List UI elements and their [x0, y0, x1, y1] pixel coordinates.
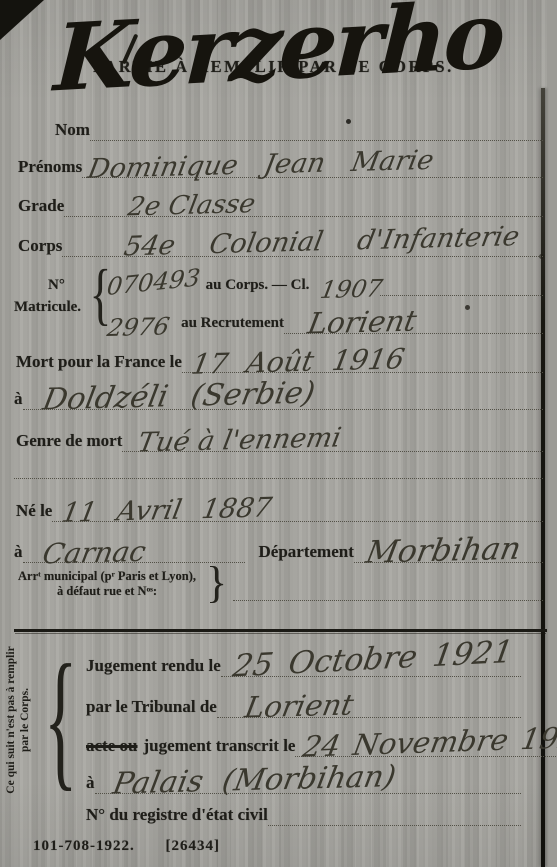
ne-le-value: 11 Avril 1887	[52, 498, 273, 524]
scanned-death-record-card: PARTIE À REMPLIR PAR LE CORPS. Kerzerho …	[0, 0, 557, 867]
transcrit-lieu-line: Palais (Morbihan)	[95, 759, 522, 794]
acte-ou-struck-label: acte ou	[86, 737, 137, 757]
arr-municipal-label-line1: Arrᵗ municipal (pʳ Paris et Lyon),	[18, 569, 196, 584]
jugement-date-value: 25 Octobre 1921	[221, 641, 514, 679]
genre-de-mort-label: Genre de mort	[16, 432, 122, 452]
tribunal-line: Lorient	[217, 683, 521, 718]
ne-a-label: à	[14, 543, 23, 563]
transcrit-line: 24 Novembre 1921	[295, 722, 557, 757]
field-genre-de-mort: Genre de mort Tué à l'ennemi	[16, 420, 543, 452]
field-transcrit: acte ou jugement transcrit le 24 Novembr…	[86, 723, 521, 757]
field-transcrit-lieu: à Palais (Morbihan)	[86, 760, 521, 794]
footer-imprint-line: 101-708-1922. [26434]	[33, 838, 220, 855]
transcrit-lieu-label: à	[86, 774, 95, 794]
lieu-recrutement-value: Lorient	[284, 311, 418, 336]
registre-label: N° du registre d'état civil	[86, 806, 268, 826]
mort-lieu-label: à	[14, 390, 23, 410]
departement-label: Département	[259, 543, 354, 563]
scan-corner-artifact	[0, 0, 44, 40]
ne-a-value: Carnac	[23, 541, 147, 565]
genre-de-mort-line: Tué à l'ennemi	[122, 419, 543, 452]
jugement-label: Jugement rendu le	[86, 657, 221, 677]
mort-label: Mort pour la France le	[16, 353, 182, 373]
ne-le-label: Né le	[16, 502, 52, 522]
field-grade: Grade 2e Classe	[18, 185, 543, 217]
transcrit-date-value: 24 Novembre 1921	[295, 727, 557, 759]
corps-line: 54e Colonial d'Infanterie	[62, 224, 543, 257]
matricule-corps-value: 070493	[106, 269, 201, 296]
corps-value: 54e Colonial d'Infanterie	[62, 227, 521, 259]
au-corps-label: au Corps. — Cl.	[206, 278, 310, 296]
tribunal-value: Lorient	[217, 695, 355, 720]
transcrit-label: jugement transcrit le	[143, 737, 295, 757]
etat-civil-brace: {	[44, 642, 77, 797]
corps-label: Corps	[18, 237, 62, 257]
field-jugement: Jugement rendu le 25 Octobre 1921	[86, 643, 521, 677]
jugement-line: 25 Octobre 1921	[221, 642, 521, 677]
blank-dotted-line	[14, 477, 543, 479]
arr-municipal-label: Arrᵗ municipal (pʳ Paris et Lyon), à déf…	[18, 569, 196, 601]
field-ne-le: Né le 11 Avril 1887	[16, 490, 543, 522]
mort-lieu-value: Doldzéli (Serbie)	[23, 382, 317, 412]
grade-value: 2e Classe	[64, 195, 257, 219]
grade-label: Grade	[18, 197, 64, 217]
matricule-recrutement-value: 2976	[106, 317, 171, 337]
arr-municipal-line	[233, 564, 543, 601]
au-recrutement-label: au Recrutement	[181, 316, 284, 334]
field-matricule-corps: 070493 au Corps. — Cl. 1907	[106, 267, 543, 296]
arr-municipal-brace: }	[206, 564, 227, 601]
field-mort-lieu: à Doldzéli (Serbie)	[14, 378, 543, 410]
ne-le-line: 11 Avril 1887	[52, 489, 543, 522]
section-divider-rule	[14, 629, 547, 632]
mort-line: 17 Août 1916	[182, 340, 543, 373]
genre-de-mort-value: Tué à l'ennemi	[122, 428, 343, 454]
matricule-corps-line	[380, 266, 543, 296]
matricule-recrutement-line: Lorient	[284, 304, 543, 334]
matricule-label: Matricule.	[14, 300, 81, 318]
prenoms-line: Dominique Jean Marie	[82, 145, 543, 178]
prenoms-label: Prénoms	[18, 158, 82, 178]
field-mort: Mort pour la France le 17 Août 1916	[16, 341, 543, 373]
mort-date-value: 17 Août 1916	[182, 348, 406, 375]
imprint-code: 101-708-1922.	[33, 838, 135, 854]
arr-municipal-label-line2: à défaut rue et Nᵒˢ:	[18, 584, 196, 599]
classe-value: 1907	[319, 279, 384, 299]
reference-number: [26434]	[166, 838, 221, 854]
handwritten-surname: Kerzerho	[51, 0, 506, 126]
field-registre: N° du registre d'état civil	[86, 796, 521, 826]
field-corps: Corps 54e Colonial d'Infanterie	[18, 225, 543, 257]
field-matricule-recrutement: 2976 au Recrutement Lorient	[106, 305, 543, 334]
grade-line: 2e Classe	[64, 184, 543, 217]
departement-value: Morbihan	[354, 537, 523, 565]
field-tribunal: par le Tribunal de Lorient	[86, 684, 521, 718]
departement-line: Morbihan	[354, 530, 543, 563]
registre-line	[268, 795, 521, 826]
mort-lieu-line: Doldzéli (Serbie)	[23, 377, 544, 410]
matricule-no-label: N°	[48, 278, 65, 296]
transcrit-lieu-value: Palais (Morbihan)	[95, 766, 397, 796]
tribunal-label: par le Tribunal de	[86, 698, 217, 718]
field-arr-municipal: Arrᵗ municipal (pʳ Paris et Lyon), à déf…	[18, 565, 543, 601]
field-ne-a: à Carnac Département Morbihan	[14, 531, 543, 563]
prenoms-value: Dominique Jean Marie	[82, 151, 435, 180]
field-prenoms: Prénoms Dominique Jean Marie	[18, 146, 543, 178]
ink-specks	[0, 0, 3, 3]
